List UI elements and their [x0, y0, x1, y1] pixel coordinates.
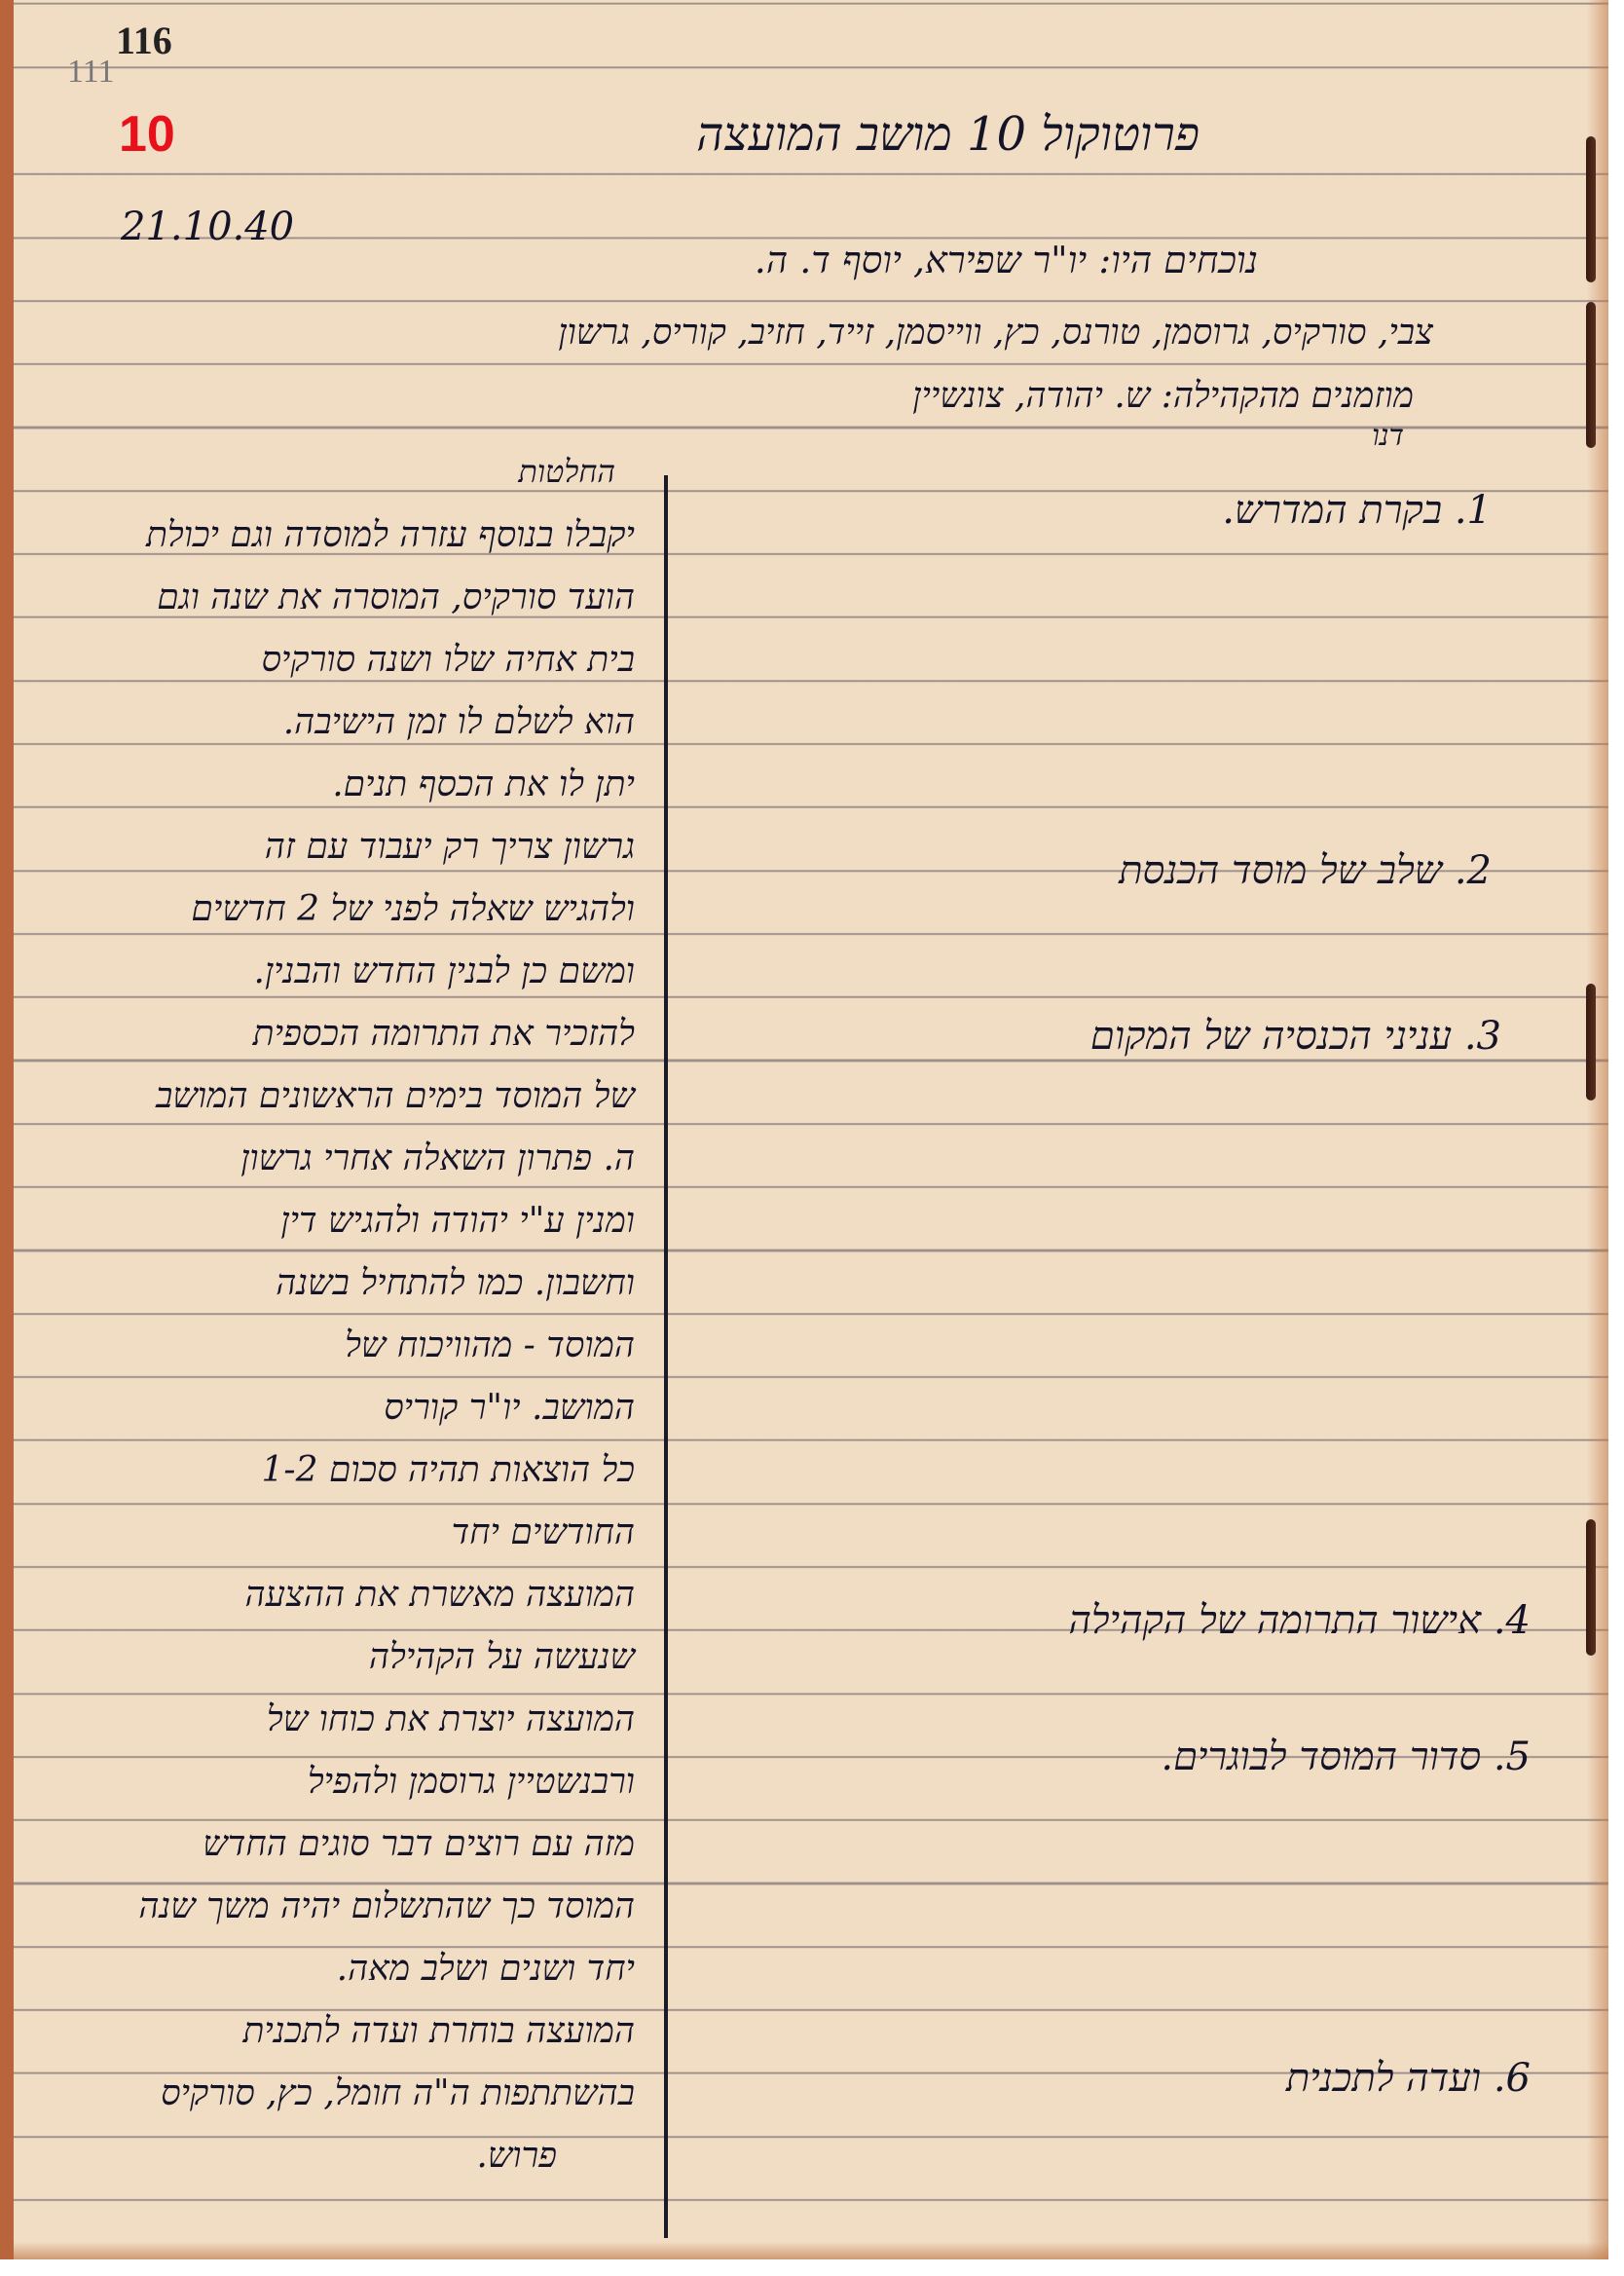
- agenda-item-text: אישור התרומה של הקהילה: [1068, 1598, 1481, 1643]
- agenda-item: 5. סדור המוסד לבוגרים.: [1161, 1734, 1531, 1779]
- decision-line: ומנין ע"י יהודה ולהגיש דין: [280, 1200, 635, 1241]
- page-marker: 10: [119, 105, 175, 164]
- decision-line: גרשון צריך רק יעבוד עם זה: [265, 826, 635, 867]
- decision-line: הוא לשלם לו זמן הישיבה.: [283, 701, 635, 742]
- agenda-item-number: 1.: [1455, 488, 1492, 533]
- attendees-line: נוכחים היו: יו"ר שפירא, יוסף ד. ה.: [755, 239, 1258, 282]
- decision-line: מזה עם רוצים דבר סוגים החדש: [203, 1823, 635, 1864]
- agenda-item: 3. עניני הכנסיה של המקום: [1090, 1013, 1501, 1059]
- archive-number-struck: 111: [67, 54, 114, 91]
- agenda-item: 1. בקרת המדרש.: [1222, 487, 1492, 533]
- decision-line: ה. פתרון השאלה אחרי גרשון: [240, 1138, 635, 1178]
- decision-line: החודשים יחד: [452, 1511, 635, 1552]
- decision-line: פרוש.: [476, 2135, 557, 2176]
- members-line: צבי, סורקיס, גרוסמן, טורנס, כץ, ווייסמן,…: [558, 312, 1433, 353]
- decision-line: הועד סורקיס, המוסרה את שנה וגם: [157, 577, 635, 617]
- decision-line: המועצה בוחרת ועדה לתכנית: [242, 2010, 635, 2051]
- agenda-item-number: 2.: [1455, 848, 1492, 893]
- decision-line: להזכיר את התרומה הכספית: [253, 1013, 635, 1054]
- decision-line: ומשם כן לבנין החדש והבנין.: [254, 951, 635, 991]
- agenda-item-text: שלב של מוסד הכנסת: [1119, 848, 1442, 893]
- invited-line: מוזמנים מהקהילה: ש. יהודה, צונשיין: [912, 375, 1414, 416]
- agenda-item-number: 3.: [1464, 1014, 1501, 1059]
- decision-line: כל הוצאות תהיה סכום 1-2: [262, 1449, 635, 1490]
- agenda-item-text: בקרת המדרש.: [1222, 488, 1442, 533]
- agenda-item: 4. אישור התרומה של הקהילה: [1068, 1597, 1531, 1643]
- decisions-header: החלטות: [518, 453, 615, 490]
- agenda-item-number: 6.: [1494, 2056, 1531, 2101]
- column-divider: [664, 475, 668, 2238]
- decision-line: המוסד - מהוויכוח של: [345, 1325, 635, 1365]
- binding-hole-mark: [1586, 302, 1596, 448]
- decision-line: המושב. יו"ר קוריס: [384, 1387, 635, 1428]
- binding-hole-mark: [1586, 984, 1596, 1101]
- document-page: 116 111 10 פרוטוקול 10 מושב המועצה 21.10…: [0, 0, 1608, 2259]
- decision-line: יקבלו בנוסף עזרה למוסדה וגם יכולת: [146, 514, 635, 555]
- decision-line: יתן לו את הכסף תנים.: [332, 764, 635, 804]
- agenda-item-text: סדור המוסד לבוגרים.: [1161, 1735, 1481, 1779]
- decision-line: שנעשה על הקהילה: [369, 1636, 635, 1677]
- agenda-item-number: 4.: [1494, 1598, 1531, 1643]
- decision-line: המוסד כך שהתשלום יהיה משך שנה: [138, 1885, 635, 1926]
- decision-line: המועצה יוצרת את כוחו של: [267, 1698, 635, 1739]
- decision-line: וחשבון. כמו להתחיל בשנה: [276, 1262, 635, 1303]
- agenda-item-number: 5.: [1494, 1735, 1531, 1779]
- archive-number: 116: [116, 18, 172, 63]
- agenda-item: 6. ועדה לתכנית: [1286, 2055, 1531, 2101]
- agenda-item-text: ועדה לתכנית: [1286, 2056, 1481, 2101]
- decision-line: ולהגיש שאלה לפני של 2 חדשים: [191, 888, 635, 929]
- page-title: פרוטוקול 10 מושב המועצה: [696, 107, 1200, 162]
- agenda-item: 2. שלב של מוסד הכנסת: [1119, 847, 1492, 893]
- decision-line: של המוסד בימים הראשונים המושב: [156, 1075, 635, 1116]
- meeting-date: 21.10.40: [121, 205, 294, 249]
- decision-line: בהשתתפות ה"ה חומל, כץ, סורקיס: [161, 2072, 635, 2113]
- decision-line: ורבנשטיין גרוסמן ולהפיל: [308, 1761, 635, 1802]
- decision-line: בית אחיה שלו ושנה סורקיס: [261, 639, 635, 680]
- agenda-item-text: עניני הכנסיה של המקום: [1090, 1014, 1452, 1059]
- decision-line: המועצה מאשרת את ההצעה: [245, 1574, 635, 1615]
- agenda-header: דנו: [1372, 419, 1404, 453]
- decision-line: יחד ושנים ושלב מאה.: [337, 1948, 635, 1989]
- binding-hole-mark: [1586, 1519, 1596, 1656]
- binding-hole-mark: [1586, 136, 1596, 282]
